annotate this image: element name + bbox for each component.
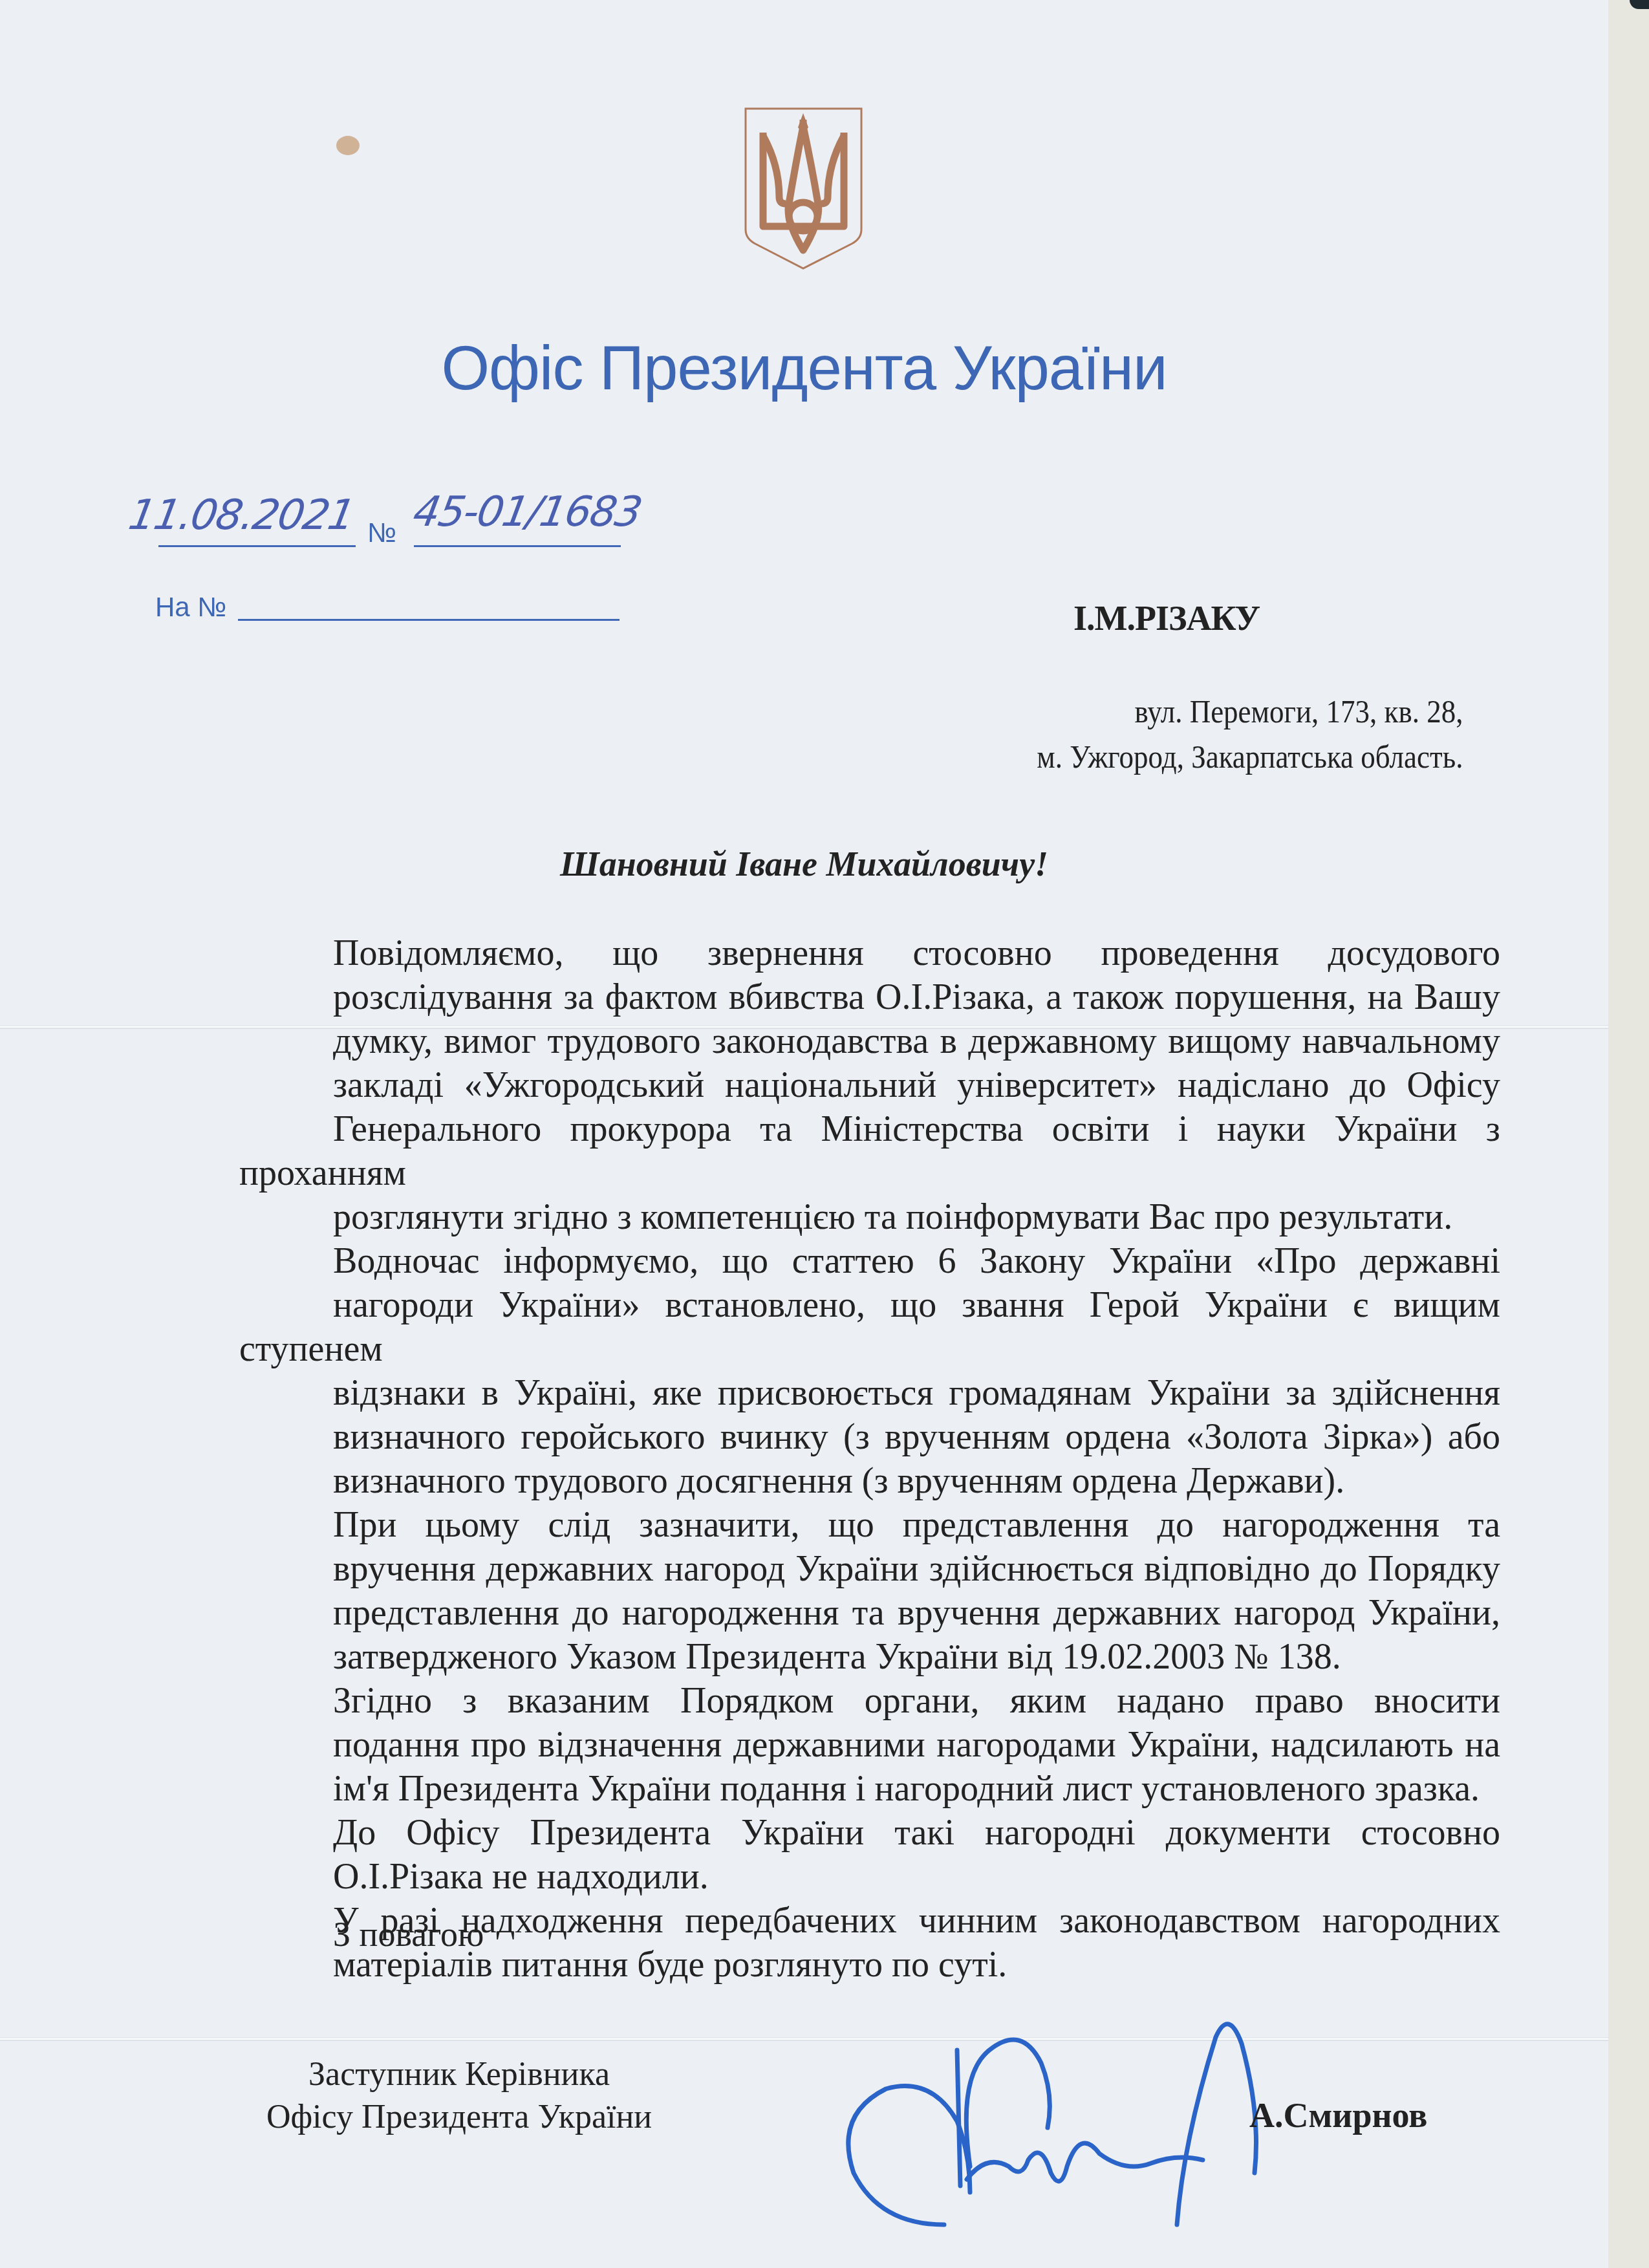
organization-title: Офіс Президента України <box>0 333 1608 404</box>
body-line: розслідування за фактом вбивства О.І.Різ… <box>239 975 1500 1019</box>
body-line: розглянути згідно з компетенцією та поін… <box>239 1195 1500 1239</box>
number-underline <box>414 545 621 547</box>
body-line: Згідно з вказаним Порядком органи, яким … <box>239 1679 1500 1723</box>
body-line: Водночас інформуємо, що статтею 6 Закону… <box>239 1239 1500 1283</box>
body-line: представлення до нагородження та врученн… <box>239 1591 1500 1635</box>
body-line: закладі «Ужгородський національний уніве… <box>239 1063 1500 1107</box>
scanner-bed-edge <box>1630 0 1649 9</box>
body-line: затвердженого Указом Президента України … <box>239 1635 1500 1679</box>
closing-phrase: З повагою <box>333 1914 484 1954</box>
body-line: думку, вимог трудового законодавства в д… <box>239 1019 1500 1063</box>
body-line: вручення державних нагород України здійс… <box>239 1547 1500 1591</box>
signatory-title-line: Офісу Президента України <box>233 2096 685 2139</box>
outgoing-date-field: 11.08.2021 <box>125 491 357 539</box>
body-line: При цьому слід зазначити, що представлен… <box>239 1503 1500 1547</box>
body-line: відзнаки в Україні, яке присвоюється гро… <box>239 1371 1500 1415</box>
date-underline <box>158 545 356 547</box>
body-paragraph: При цьому слід зазначити, що представлен… <box>239 1503 1500 1679</box>
address-line: вул. Перемоги, 173, кв. 28, <box>1037 689 1463 734</box>
body-line: нагороди України» встановлено, що звання… <box>239 1283 1500 1371</box>
recipient-name: І.М.РІЗАКУ <box>1073 598 1260 638</box>
signatory-title: Заступник Керівника Офісу Президента Укр… <box>233 2053 685 2139</box>
address-line: м. Ужгород, Закарпатська область. <box>1037 734 1463 779</box>
signatory-name: А.Смирнов <box>1249 2095 1427 2135</box>
salutation: Шановний Іване Михайловичу! <box>0 844 1608 884</box>
body-line: ім'я Президента України подання і нагоро… <box>239 1767 1500 1811</box>
body-paragraph: Повідомляємо, що звернення стосовно пров… <box>239 931 1500 1239</box>
body-paragraph: Згідно з вказаним Порядком органи, яким … <box>239 1679 1500 1811</box>
body-line: подання про відзначення державними нагор… <box>239 1723 1500 1767</box>
recipient-address: вул. Перемоги, 173, кв. 28, м. Ужгород, … <box>1037 689 1463 779</box>
body-line: До Офісу Президента України такі нагород… <box>239 1811 1500 1855</box>
reply-to-label: На № <box>155 592 226 623</box>
body-line: визначного геройського вчинку (з врученн… <box>239 1415 1500 1459</box>
signatory-title-line: Заступник Керівника <box>233 2053 685 2096</box>
body-line: Повідомляємо, що звернення стосовно пров… <box>239 931 1500 975</box>
letter-body: Повідомляємо, що звернення стосовно пров… <box>239 931 1500 1987</box>
body-line: О.І.Різака не надходили. <box>239 1855 1500 1899</box>
body-paragraph: До Офісу Президента України такі нагород… <box>239 1811 1500 1899</box>
body-paragraph: Водночас інформуємо, що статтею 6 Закону… <box>239 1239 1500 1503</box>
reply-to-underline <box>238 619 620 621</box>
coat-of-arms-trident-icon <box>744 107 863 272</box>
letter-page: Офіс Президента України 11.08.2021 № 45-… <box>0 0 1608 2268</box>
number-label: № <box>367 517 396 548</box>
body-line: визначного трудового досягнення (з вруче… <box>239 1459 1500 1503</box>
paper-stain <box>336 136 360 155</box>
body-line: Генерального прокурора та Міністерства о… <box>239 1107 1500 1195</box>
outgoing-number-field: 45-01/1683 <box>409 488 644 536</box>
